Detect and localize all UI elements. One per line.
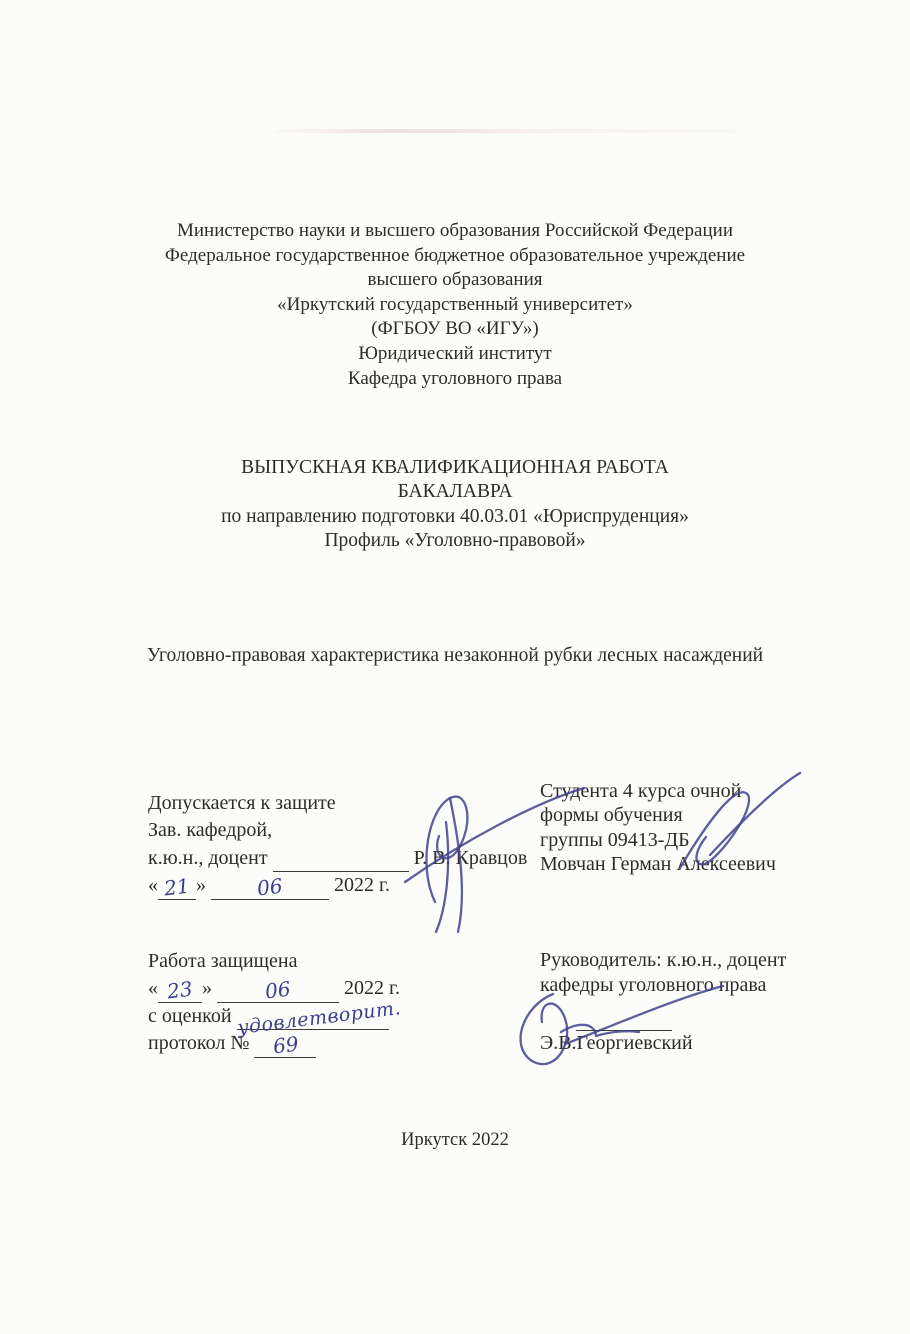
institute-line: Юридический институт bbox=[0, 342, 910, 367]
grade-label: с оценкой bbox=[148, 1005, 232, 1027]
defense-block: Работа защищена «23» 06 2022 г. с оценко… bbox=[148, 948, 568, 1058]
supervisor-line1: Руководитель: к.ю.н., доцент bbox=[540, 948, 890, 973]
student-group-line: группы 09413-ДБ bbox=[540, 828, 890, 852]
defense-date-line: «23» 06 2022 г. bbox=[148, 975, 568, 1002]
work-title-block: ВЫПУСКНАЯ КВАЛИФИКАЦИОННАЯ РАБОТА БАКАЛА… bbox=[0, 456, 910, 554]
quote-close: » bbox=[196, 874, 206, 896]
protocol-fill-line: 69 bbox=[254, 1034, 316, 1058]
education-level-line: высшего образования bbox=[0, 268, 910, 293]
protocol-label: протокол № bbox=[148, 1032, 249, 1054]
quote-close: » bbox=[202, 977, 212, 999]
defense-year: 2022 г. bbox=[344, 977, 400, 999]
university-abbr-line: (ФГБОУ ВО «ИГУ») bbox=[0, 317, 910, 342]
grade-line: с оценкой удовлетворит. bbox=[148, 1003, 568, 1030]
supervisor-name: Э.В.Георгиевский bbox=[540, 1031, 890, 1056]
university-header: Министерство науки и высшего образования… bbox=[0, 219, 910, 391]
quote-open: « bbox=[148, 977, 158, 999]
thesis-title-page: Министерство науки и высшего образования… bbox=[0, 0, 910, 1334]
defense-day-handwritten: 23 bbox=[166, 977, 194, 1002]
approver-signature-line bbox=[273, 849, 409, 872]
admission-approver-line: к.ю.н., доцент Р. В. Кравцов bbox=[148, 845, 568, 872]
admission-line2: Зав. кафедрой, bbox=[148, 817, 568, 844]
specialty-line: по направлению подготовки 40.03.01 «Юрис… bbox=[0, 505, 910, 529]
supervisor-signature-line bbox=[576, 1006, 672, 1031]
admission-month-line: 06 bbox=[211, 876, 329, 900]
work-type-line: ВЫПУСКНАЯ КВАЛИФИКАЦИОННАЯ РАБОТА bbox=[0, 456, 910, 480]
admission-day-handwritten: 21 bbox=[163, 874, 191, 899]
supervisor-block: Руководитель: к.ю.н., доцент кафедры уго… bbox=[540, 948, 890, 1056]
institution-type-line: Федеральное государственное бюджетное об… bbox=[0, 244, 910, 269]
profile-line: Профиль «Уголовно-правовой» bbox=[0, 529, 910, 553]
scan-smudge bbox=[275, 129, 740, 133]
city-year: Иркутск 2022 bbox=[0, 1130, 910, 1151]
defense-month-line: 06 bbox=[217, 979, 339, 1003]
protocol-number-handwritten: 69 bbox=[271, 1032, 299, 1057]
student-block: Студента 4 курса очной формы обучения гр… bbox=[540, 779, 890, 877]
admission-line1: Допускается к защите bbox=[148, 790, 568, 817]
grade-fill-line: удовлетворит. bbox=[237, 1007, 389, 1030]
quote-open: « bbox=[148, 874, 158, 896]
department-line: Кафедра уголовного права bbox=[0, 367, 910, 392]
student-form-line: формы обучения bbox=[540, 803, 890, 827]
ministry-line: Министерство науки и высшего образования… bbox=[0, 219, 910, 244]
admission-date-line: «21» 06 2022 г. bbox=[148, 872, 568, 899]
thesis-topic: Уголовно-правовая характеристика незакон… bbox=[0, 645, 910, 667]
admission-block: Допускается к защите Зав. кафедрой, к.ю.… bbox=[148, 790, 568, 900]
student-course-line: Студента 4 курса очной bbox=[540, 779, 890, 803]
admission-month-handwritten: 06 bbox=[256, 874, 284, 899]
defense-day-line: 23 bbox=[158, 979, 202, 1003]
admission-year: 2022 г. bbox=[334, 874, 390, 896]
university-name-line: «Иркутский государственный университет» bbox=[0, 293, 910, 318]
student-name: Мовчан Герман Алексеевич bbox=[540, 852, 890, 876]
protocol-line: протокол № 69 bbox=[148, 1030, 568, 1057]
supervisor-line2: кафедры уголовного права bbox=[540, 973, 890, 998]
defense-month-handwritten: 06 bbox=[264, 977, 292, 1002]
admission-day-line: 21 bbox=[158, 876, 196, 900]
defense-line1: Работа защищена bbox=[148, 948, 568, 975]
approver-position: к.ю.н., доцент bbox=[148, 847, 268, 869]
approver-name: Р. В. Кравцов bbox=[414, 847, 528, 869]
degree-line: БАКАЛАВРА bbox=[0, 480, 910, 504]
